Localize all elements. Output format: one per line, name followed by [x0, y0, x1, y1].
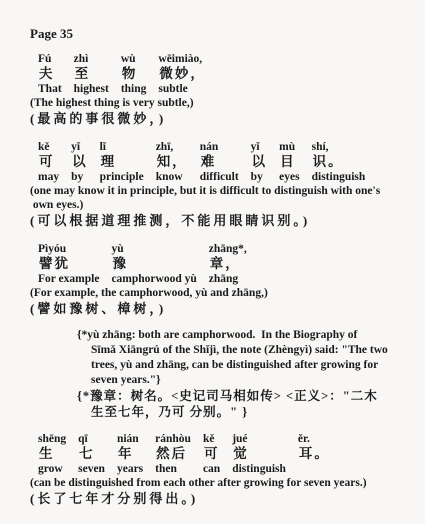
- word-column: mù目eyes: [279, 140, 299, 184]
- pinyin-syllable: nián: [117, 432, 143, 446]
- word-column: Pìyóu譬犹For example: [38, 242, 99, 286]
- gloss-word: For example: [38, 272, 99, 286]
- footnote-line-english: Sīmǎ Xiāngrú of the Shǐjì, the note (Zhè…: [77, 343, 415, 358]
- hanzi-word: 目: [279, 154, 299, 170]
- stanza: Pìyóu譬犹For exampleyù豫camphorwood yùzhāng…: [30, 242, 415, 317]
- gloss-word: That: [38, 82, 62, 96]
- gloss-word: know: [156, 170, 188, 184]
- gloss-word: distinguish: [232, 462, 286, 476]
- gloss-word: highest: [74, 82, 109, 96]
- gloss-word: difficult: [200, 170, 239, 184]
- hanzi-word: 微妙，: [158, 66, 206, 82]
- gloss-word: years: [117, 462, 143, 476]
- footnote-line-chinese: 生至七年，乃可 分别。" }: [77, 404, 415, 420]
- gloss-word: [298, 462, 330, 476]
- pinyin-syllable: Fú: [38, 52, 62, 66]
- footnote-line-chinese: {*豫章：树名。<史记司马相如传> <正义>："二木: [77, 388, 415, 404]
- gloss-word: principle: [100, 170, 144, 184]
- word-column: nián年years: [117, 432, 143, 476]
- gloss-word: grow: [38, 462, 66, 476]
- page-number: Page 35: [30, 26, 415, 42]
- word-column: kě可can: [203, 432, 220, 476]
- word-column: shí,识。distinguish: [312, 140, 366, 184]
- word-row: Fú夫Thatzhì至highestwù物thingwēimiào,微妙，sub…: [38, 52, 415, 96]
- gloss-word: eyes: [279, 170, 299, 184]
- word-column: yǐ以by: [251, 140, 268, 184]
- pinyin-syllable: mù: [279, 140, 299, 154]
- hanzi-word: 耳。: [298, 446, 330, 462]
- pinyin-syllable: ránhòu: [155, 432, 191, 446]
- word-column: yù豫camphorwood yù: [111, 242, 196, 286]
- hanzi-word: 物: [121, 66, 147, 82]
- translation-chinese: (譬如豫树、樟树，): [30, 300, 415, 317]
- pinyin-syllable: zhī,: [156, 140, 188, 154]
- footnote-line-english: trees, yù and zhāng, can be distinguishe…: [77, 358, 415, 373]
- footnote-line-english: {*yù zhāng: both are camphorwood. In the…: [77, 328, 415, 343]
- hanzi-word: 觉: [232, 446, 286, 462]
- gloss-word: may: [38, 170, 59, 184]
- pinyin-syllable: shēng: [38, 432, 66, 446]
- hanzi-word: 章，: [209, 256, 247, 272]
- pinyin-syllable: yǐ: [251, 140, 268, 154]
- translation-english: (The highest thing is very subtle,): [30, 96, 415, 110]
- translation-english: own eyes.): [30, 198, 415, 212]
- pinyin-syllable: nán: [200, 140, 239, 154]
- translation-english: (can be distinguished from each other af…: [30, 476, 415, 490]
- gloss-word: by: [71, 170, 88, 184]
- pinyin-syllable: yù: [111, 242, 196, 256]
- word-column: shēng生grow: [38, 432, 66, 476]
- pinyin-syllable: wēimiào,: [158, 52, 206, 66]
- gloss-word: then: [155, 462, 191, 476]
- hanzi-word: 识。: [312, 154, 366, 170]
- word-column: ěr.耳。: [298, 432, 330, 476]
- footnote-line-english: seven years."}: [77, 373, 415, 388]
- hanzi-word: 可: [38, 154, 59, 170]
- hanzi-word: 七: [78, 446, 105, 462]
- word-column: ránhòu然后then: [155, 432, 191, 476]
- stanza: shēng生growqī七sevennián年yearsránhòu然后then…: [30, 432, 415, 507]
- gloss-word: can: [203, 462, 220, 476]
- hanzi-word: 以: [71, 154, 88, 170]
- word-column: wēimiào,微妙，subtle: [158, 52, 206, 96]
- translation-chinese: (可以根据道理推测，不能用眼睛识别。): [30, 212, 415, 229]
- word-column: zhāng*,章，zhāng: [209, 242, 247, 286]
- pinyin-syllable: qī: [78, 432, 105, 446]
- word-column: Fú夫That: [38, 52, 62, 96]
- footnote: {*yù zhāng: both are camphorwood. In the…: [77, 328, 415, 420]
- pinyin-syllable: yǐ: [71, 140, 88, 154]
- word-column: yǐ以by: [71, 140, 88, 184]
- gloss-word: zhāng: [209, 272, 247, 286]
- pinyin-syllable: shí,: [312, 140, 366, 154]
- word-column: lǐ理principle: [100, 140, 144, 184]
- hanzi-word: 可: [203, 446, 220, 462]
- hanzi-word: 夫: [38, 66, 62, 82]
- pinyin-syllable: kě: [203, 432, 220, 446]
- hanzi-word: 譬犹: [38, 256, 99, 272]
- pinyin-syllable: wù: [121, 52, 147, 66]
- gloss-word: subtle: [158, 82, 206, 96]
- gloss-word: camphorwood yù: [111, 272, 196, 286]
- hanzi-word: 难: [200, 154, 239, 170]
- translation-chinese: (长了七年才分别得出。): [30, 490, 415, 507]
- word-row: Pìyóu譬犹For exampleyù豫camphorwood yùzhāng…: [38, 242, 415, 286]
- word-column: zhì至highest: [74, 52, 109, 96]
- translation-english: (one may know it in principle, but it is…: [30, 184, 415, 198]
- gloss-word: distinguish: [312, 170, 366, 184]
- pinyin-syllable: zhāng*,: [209, 242, 247, 256]
- word-row: kě可mayyǐ以bylǐ理principlezhī,知，knownán难dif…: [38, 140, 415, 184]
- scanned-book-page: Page 35 Fú夫Thatzhì至highestwù物thingwēimià…: [0, 0, 425, 524]
- hanzi-word: 年: [117, 446, 143, 462]
- hanzi-word: 生: [38, 446, 66, 462]
- stanza: Fú夫Thatzhì至highestwù物thingwēimiào,微妙，sub…: [30, 52, 415, 127]
- word-column: nán难difficult: [200, 140, 239, 184]
- hanzi-word: 理: [100, 154, 144, 170]
- hanzi-word: 豫: [111, 256, 196, 272]
- word-column: kě可may: [38, 140, 59, 184]
- gloss-word: thing: [121, 82, 147, 96]
- gloss-word: seven: [78, 462, 105, 476]
- translation-chinese: (最高的事很微妙，): [30, 110, 415, 127]
- hanzi-word: 知，: [156, 154, 188, 170]
- stanza: kě可mayyǐ以bylǐ理principlezhī,知，knownán难dif…: [30, 140, 415, 229]
- gloss-word: by: [251, 170, 268, 184]
- word-row: shēng生growqī七sevennián年yearsránhòu然后then…: [38, 432, 415, 476]
- word-column: zhī,知，know: [156, 140, 188, 184]
- word-column: wù物thing: [121, 52, 147, 96]
- pinyin-syllable: ěr.: [298, 432, 330, 446]
- hanzi-word: 以: [251, 154, 268, 170]
- translation-english: (For example, the camphorwood, yù and zh…: [30, 286, 415, 300]
- pinyin-syllable: Pìyóu: [38, 242, 99, 256]
- pinyin-syllable: lǐ: [100, 140, 144, 154]
- pinyin-syllable: kě: [38, 140, 59, 154]
- pinyin-syllable: jué: [232, 432, 286, 446]
- pinyin-syllable: zhì: [74, 52, 109, 66]
- hanzi-word: 然后: [155, 446, 191, 462]
- word-column: jué觉distinguish: [232, 432, 286, 476]
- word-column: qī七seven: [78, 432, 105, 476]
- hanzi-word: 至: [74, 66, 109, 82]
